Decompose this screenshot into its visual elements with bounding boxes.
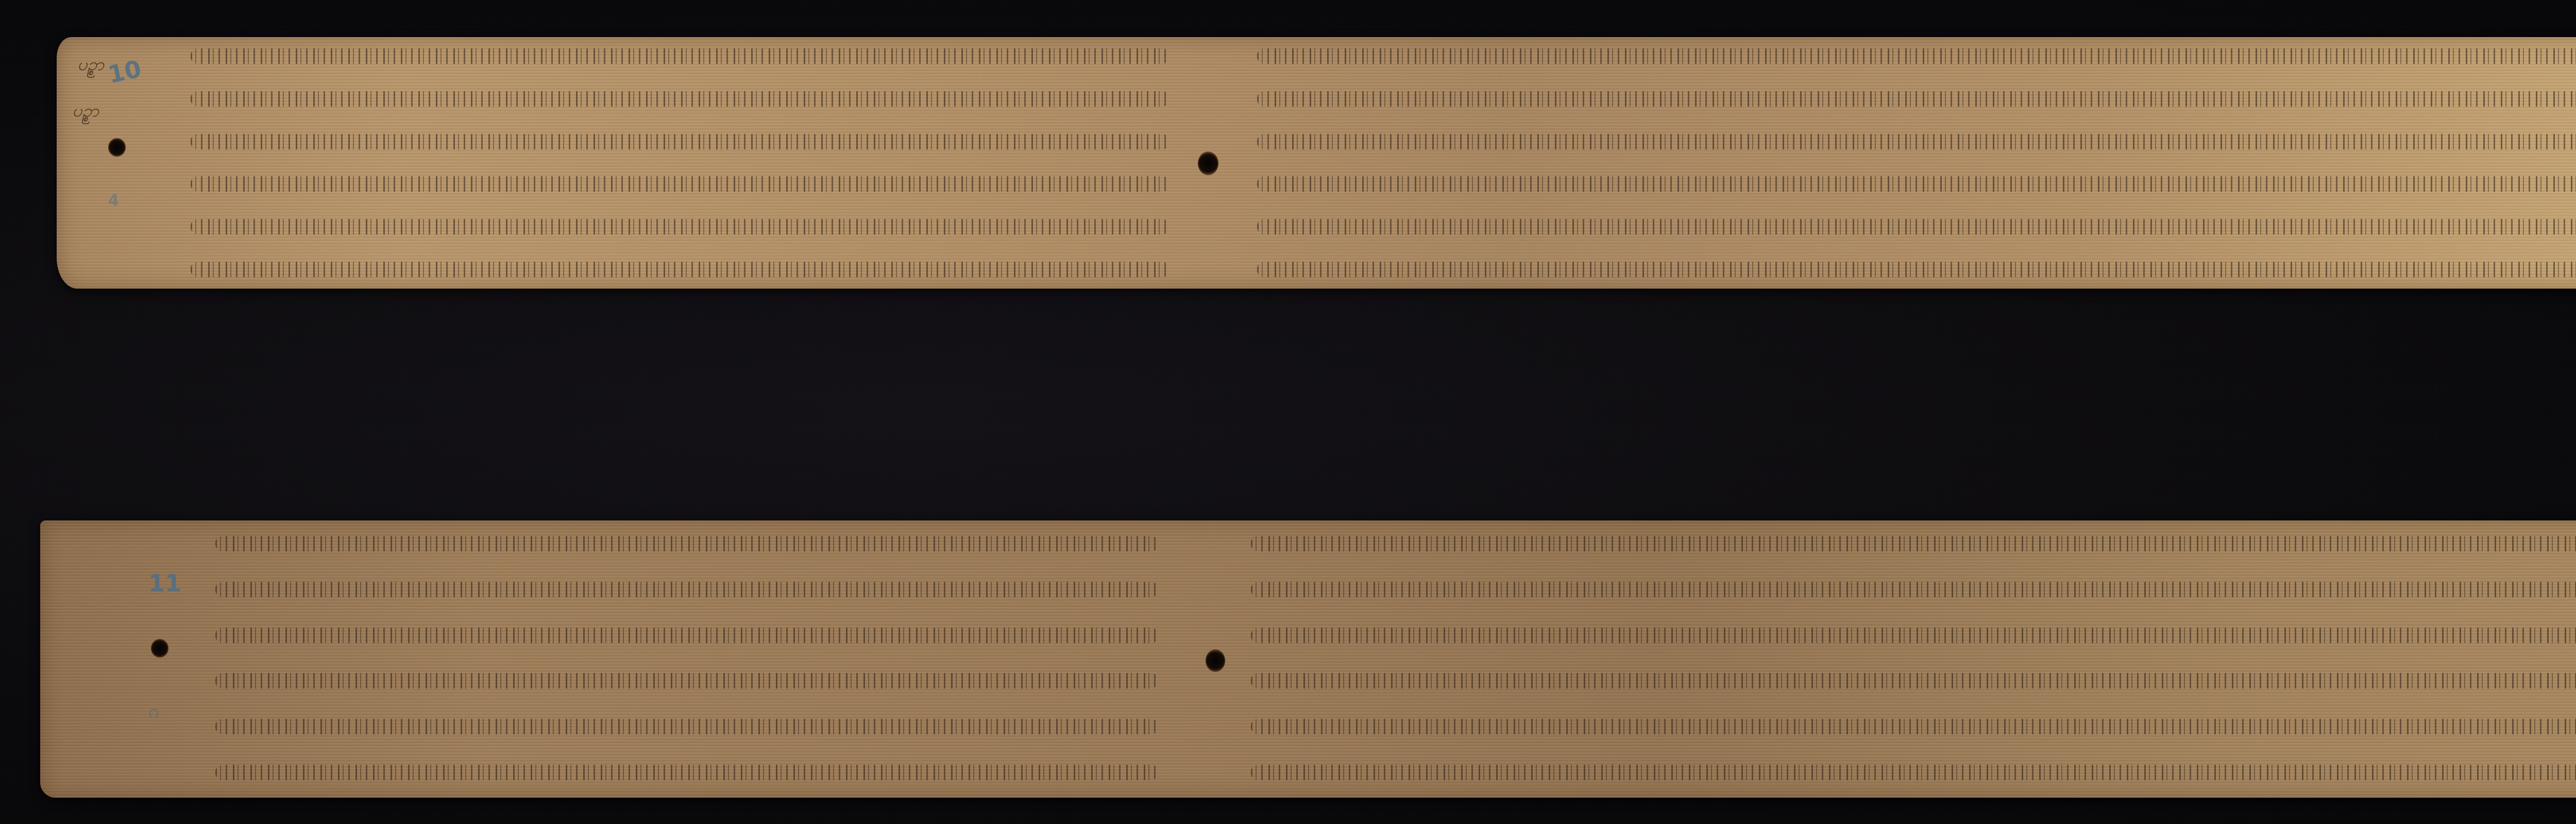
folio-number-left: 10 [106, 55, 144, 89]
script-line [215, 714, 1158, 737]
script-line [191, 129, 1170, 153]
script-line [1257, 171, 2576, 195]
string-hole-left [151, 639, 168, 658]
string-hole-center [1198, 152, 1218, 175]
lower-left-mark: 4 [108, 192, 119, 210]
script-line [1251, 714, 2576, 737]
string-hole-center [1206, 649, 1225, 672]
script-line [191, 257, 1170, 280]
script-line [215, 531, 1158, 554]
script-line [191, 43, 1170, 67]
script-line [1257, 86, 2576, 110]
margin-note-1: ပဉ္စာ [77, 53, 104, 79]
script-line [1251, 760, 2576, 783]
script-line [1257, 43, 2576, 67]
text-column-left [191, 43, 1170, 280]
script-line [1251, 531, 2576, 554]
palm-leaf-folio-bottom: 11 11 ဂ ၁၉၁၃ [40, 520, 2576, 798]
script-line [1251, 623, 2576, 646]
margin-note-2: ပဉ္စာ [72, 99, 99, 125]
script-line [1251, 577, 2576, 600]
text-column-left [215, 531, 1158, 783]
text-column-right [1251, 531, 2576, 783]
text-column-right [1257, 43, 2576, 280]
script-line [1251, 668, 2576, 692]
script-line [191, 214, 1170, 238]
script-line [1257, 129, 2576, 153]
script-line [215, 577, 1158, 600]
string-hole-left [108, 138, 126, 157]
script-line [215, 760, 1158, 783]
script-line [215, 668, 1158, 692]
script-line [191, 171, 1170, 195]
script-line [215, 623, 1158, 646]
script-line [1257, 214, 2576, 238]
lower-left-mark: ဂ [148, 698, 159, 726]
script-line [1257, 257, 2576, 280]
folio-number-left: 11 [148, 569, 181, 597]
script-line [191, 86, 1170, 110]
palm-leaf-folio-top: ပဉ္စာ ပဉ္စာ 10 10 4 △ [57, 37, 2576, 289]
